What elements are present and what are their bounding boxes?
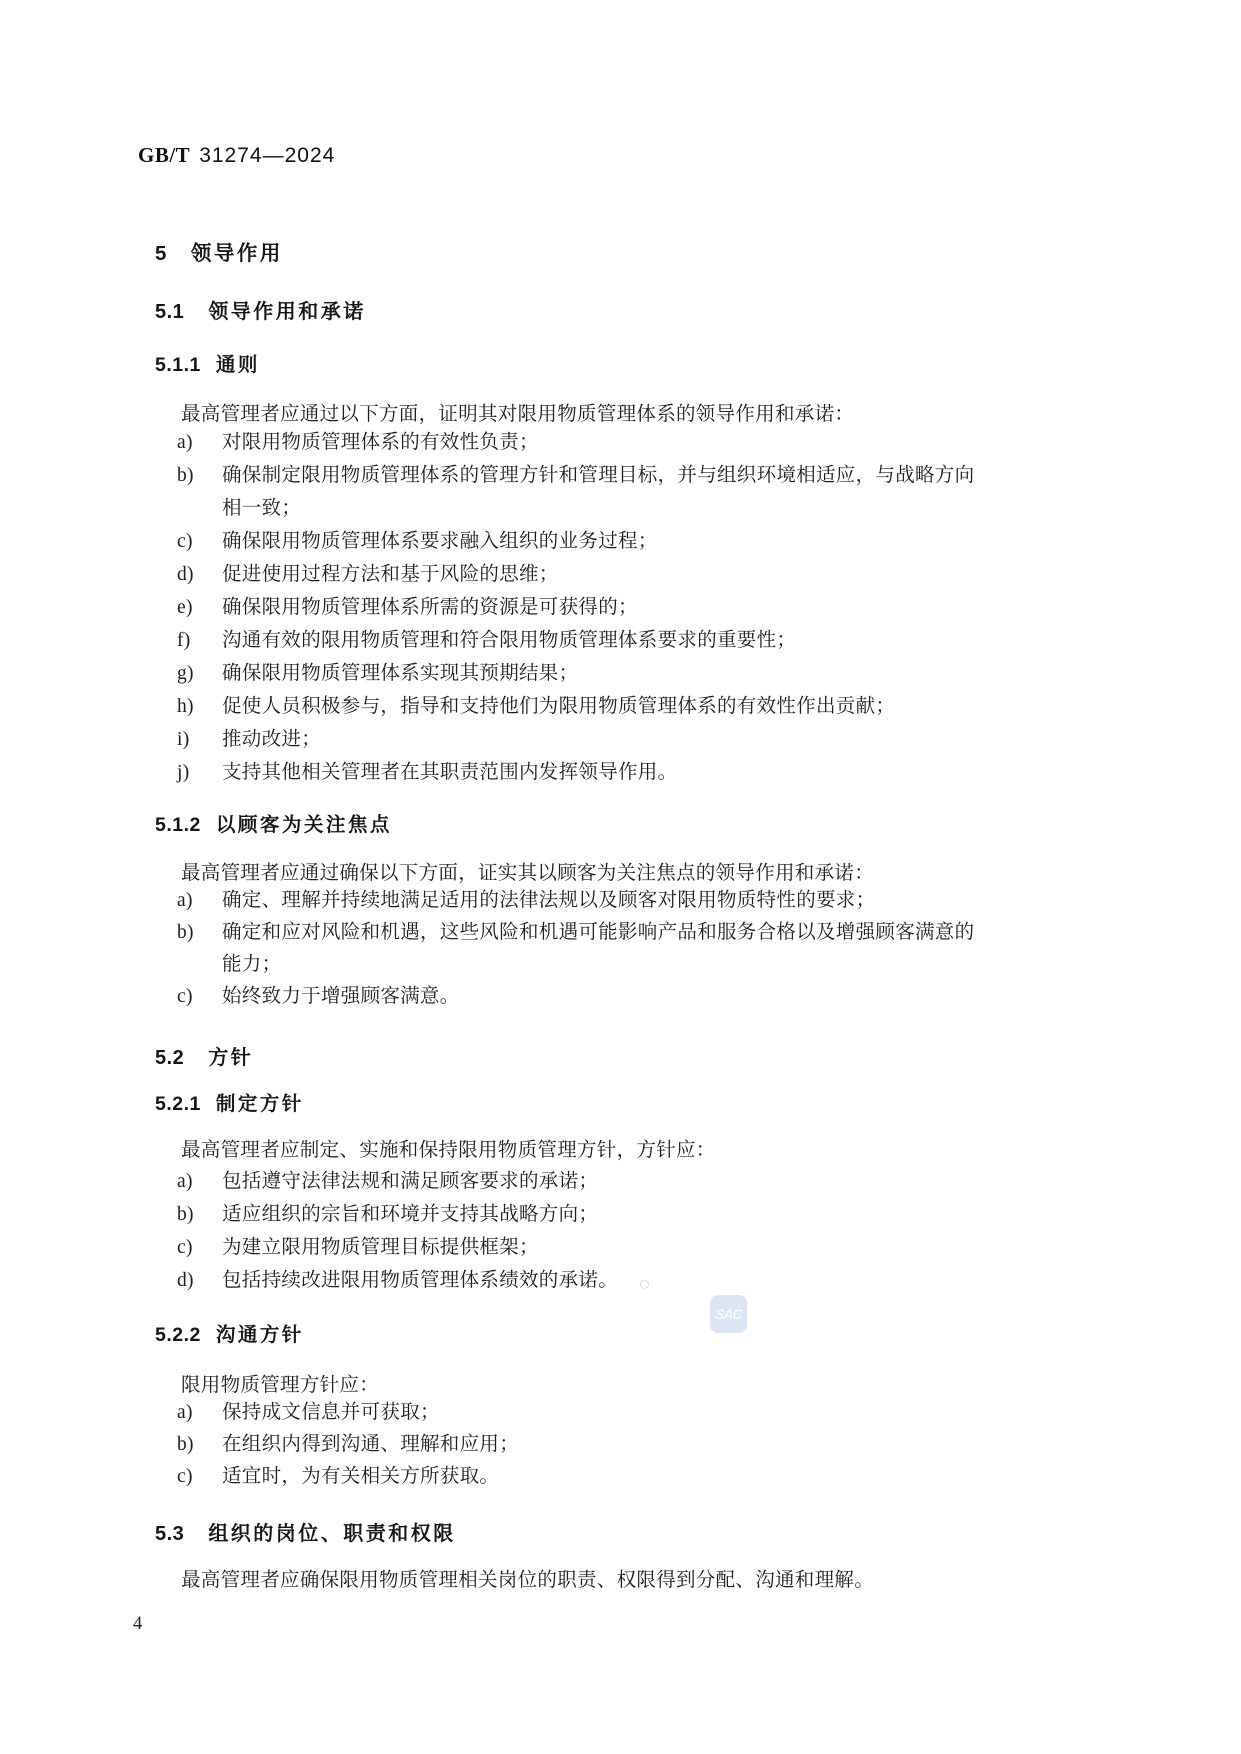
list-item: a)确定、理解并持续地满足适用的法律法规以及顾客对限用物质特性的要求； <box>177 885 985 917</box>
sac-watermark-logo: SAC <box>710 1295 747 1333</box>
list-item-letter: a) <box>177 885 193 917</box>
list-item: c)始终致力于增强顾客满意。 <box>177 981 985 1013</box>
list-item: g)确保限用物质管理体系实现其预期结果； <box>177 657 985 690</box>
list-item-letter: a) <box>177 426 193 459</box>
list-item-text: 促进使用过程方法和基于风险的思维； <box>222 564 559 585</box>
list-item-letter: f) <box>177 624 191 657</box>
lettered-list: a)确定、理解并持续地满足适用的法律法规以及顾客对限用物质特性的要求；b)确定和… <box>177 885 985 1013</box>
clause-number: 5.2.1 <box>155 1093 201 1115</box>
page-number: 4 <box>133 1614 142 1635</box>
lettered-list: a)包括遵守法律法规和满足顾客要求的承诺；b)适应组织的宗旨和环境并支持其战略方… <box>177 1165 985 1297</box>
list-item-text: 促使人员积极参与，指导和支持他们为限用物质管理体系的有效性作出贡献； <box>222 696 895 717</box>
list-item-text: 确保制定限用物质管理体系的管理方针和管理目标，并与组织环境相适应，与战略方向相一… <box>222 465 974 519</box>
paragraph: 最高管理者应制定、实施和保持限用物质管理方针，方针应： <box>181 1134 716 1162</box>
watermark-dot <box>640 1280 649 1289</box>
list-item-text: 为建立限用物质管理目标提供框架； <box>222 1237 539 1258</box>
list-item-text: 确定和应对风险和机遇，这些风险和机遇可能影响产品和服务合格以及增强顾客满意的能力… <box>222 922 974 975</box>
clause-number: 5.3 <box>155 1523 184 1545</box>
section-5-2-heading: 5.2方针 <box>155 1041 253 1070</box>
standard-header: GB/T31274—2024 <box>138 143 335 168</box>
standard-code: GB/T <box>138 143 190 167</box>
list-item-letter: a) <box>177 1397 193 1429</box>
section-5-1-heading: 5.1领导作用和承诺 <box>155 295 366 324</box>
paragraph: 最高管理者应确保限用物质管理相关岗位的职责、权限得到分配、沟通和理解。 <box>181 1564 874 1592</box>
sac-watermark-text: SAC <box>714 1306 742 1322</box>
clause-number: 5.1 <box>155 301 184 323</box>
list-item-text: 对限用物质管理体系的有效性负责； <box>222 432 539 453</box>
section-5-2-1-heading: 5.2.1制定方针 <box>155 1088 304 1116</box>
list-item: b)确定和应对风险和机遇，这些风险和机遇可能影响产品和服务合格以及增强顾客满意的… <box>177 917 985 981</box>
list-item: e)确保限用物质管理体系所需的资源是可获得的； <box>177 591 985 624</box>
clause-number: 5.1.2 <box>155 814 201 836</box>
clause-number: 5.2.2 <box>155 1324 201 1346</box>
list-item-text: 推动改进； <box>222 729 321 750</box>
list-item-letter: c) <box>177 525 193 558</box>
clause-number: 5.1.1 <box>155 354 201 376</box>
list-item: c)确保限用物质管理体系要求融入组织的业务过程； <box>177 525 985 558</box>
list-item-letter: j) <box>177 756 190 789</box>
list-item: d)包括持续改进限用物质管理体系绩效的承诺。 <box>177 1264 985 1297</box>
clause-title: 方针 <box>208 1047 253 1069</box>
clause-number: 5.2 <box>155 1047 184 1069</box>
list-item-text: 保持成文信息并可获取； <box>222 1402 440 1423</box>
list-item-letter: g) <box>177 657 194 690</box>
list-item-text: 包括遵守法律法规和满足顾客要求的承诺； <box>222 1171 598 1192</box>
list-item-letter: c) <box>177 1461 193 1493</box>
list-item-text: 确保限用物质管理体系所需的资源是可获得的； <box>222 597 638 618</box>
paragraph: 最高管理者应通过以下方面，证明其对限用物质管理体系的领导作用和承诺： <box>181 398 854 426</box>
section-5-2-2-heading: 5.2.2沟通方针 <box>155 1319 304 1347</box>
list-item-text: 始终致力于增强顾客满意。 <box>222 986 460 1007</box>
paragraph: 限用物质管理方针应： <box>181 1369 379 1397</box>
list-item: d)促进使用过程方法和基于风险的思维； <box>177 558 985 591</box>
clause-title: 沟通方针 <box>216 1324 304 1346</box>
section-5-heading: 5领导作用 <box>155 236 283 266</box>
paragraph: 最高管理者应通过确保以下方面，证实其以顾客为关注焦点的领导作用和承诺： <box>181 857 874 885</box>
clause-title: 以顾客为关注焦点 <box>216 814 392 836</box>
list-item-text: 包括持续改进限用物质管理体系绩效的承诺。 <box>222 1270 618 1291</box>
lettered-list: a)保持成文信息并可获取；b)在组织内得到沟通、理解和应用；c)适宜时，为有关相… <box>177 1397 985 1493</box>
list-item-letter: a) <box>177 1165 193 1198</box>
list-item-letter: e) <box>177 591 193 624</box>
list-item-text: 支持其他相关管理者在其职责范围内发挥领导作用。 <box>222 762 677 783</box>
list-item-text: 沟通有效的限用物质管理和符合限用物质管理体系要求的重要性； <box>222 630 796 651</box>
list-item-letter: b) <box>177 917 194 949</box>
list-item-letter: b) <box>177 1429 194 1461</box>
list-item-text: 确保限用物质管理体系要求融入组织的业务过程； <box>222 531 658 552</box>
list-item-letter: c) <box>177 1231 193 1264</box>
list-item: j)支持其他相关管理者在其职责范围内发挥领导作用。 <box>177 756 985 789</box>
clause-number: 5 <box>155 242 167 265</box>
list-item-letter: b) <box>177 1198 194 1231</box>
section-5-1-2-heading: 5.1.2以顾客为关注焦点 <box>155 809 392 837</box>
lettered-list: a)对限用物质管理体系的有效性负责；b)确保制定限用物质管理体系的管理方针和管理… <box>177 426 985 789</box>
list-item: i)推动改进； <box>177 723 985 756</box>
document-page: GB/T31274—2024 5领导作用 5.1领导作用和承诺 5.1.1通则 … <box>0 0 1241 1754</box>
clause-title: 制定方针 <box>216 1093 304 1115</box>
clause-title: 组织的岗位、职责和权限 <box>208 1523 456 1545</box>
list-item-letter: d) <box>177 1264 194 1297</box>
list-item: h)促使人员积极参与，指导和支持他们为限用物质管理体系的有效性作出贡献； <box>177 690 985 723</box>
list-item-text: 适应组织的宗旨和环境并支持其战略方向； <box>222 1204 598 1225</box>
standard-number: 31274—2024 <box>199 144 335 167</box>
list-item: c)适宜时，为有关相关方所获取。 <box>177 1461 985 1493</box>
list-item: a)包括遵守法律法规和满足顾客要求的承诺； <box>177 1165 985 1198</box>
list-item: a)保持成文信息并可获取； <box>177 1397 985 1429</box>
list-item-text: 确定、理解并持续地满足适用的法律法规以及顾客对限用物质特性的要求； <box>222 890 875 911</box>
list-item: a)对限用物质管理体系的有效性负责； <box>177 426 985 459</box>
list-item: b)在组织内得到沟通、理解和应用； <box>177 1429 985 1461</box>
list-item-letter: d) <box>177 558 194 591</box>
list-item: c)为建立限用物质管理目标提供框架； <box>177 1231 985 1264</box>
list-item-text: 在组织内得到沟通、理解和应用； <box>222 1434 519 1455</box>
list-item: b)确保制定限用物质管理体系的管理方针和管理目标，并与组织环境相适应，与战略方向… <box>177 459 985 525</box>
clause-title: 领导作用和承诺 <box>208 301 366 323</box>
list-item-text: 适宜时，为有关相关方所获取。 <box>222 1466 499 1487</box>
list-item-letter: i) <box>177 723 190 756</box>
list-item: f)沟通有效的限用物质管理和符合限用物质管理体系要求的重要性； <box>177 624 985 657</box>
list-item: b)适应组织的宗旨和环境并支持其战略方向； <box>177 1198 985 1231</box>
list-item-text: 确保限用物质管理体系实现其预期结果； <box>222 663 578 684</box>
clause-title: 领导作用 <box>191 242 283 265</box>
section-5-3-heading: 5.3组织的岗位、职责和权限 <box>155 1517 456 1546</box>
clause-title: 通则 <box>216 354 260 376</box>
section-5-1-1-heading: 5.1.1通则 <box>155 349 260 377</box>
list-item-letter: c) <box>177 981 193 1013</box>
list-item-letter: h) <box>177 690 194 723</box>
list-item-letter: b) <box>177 459 194 492</box>
